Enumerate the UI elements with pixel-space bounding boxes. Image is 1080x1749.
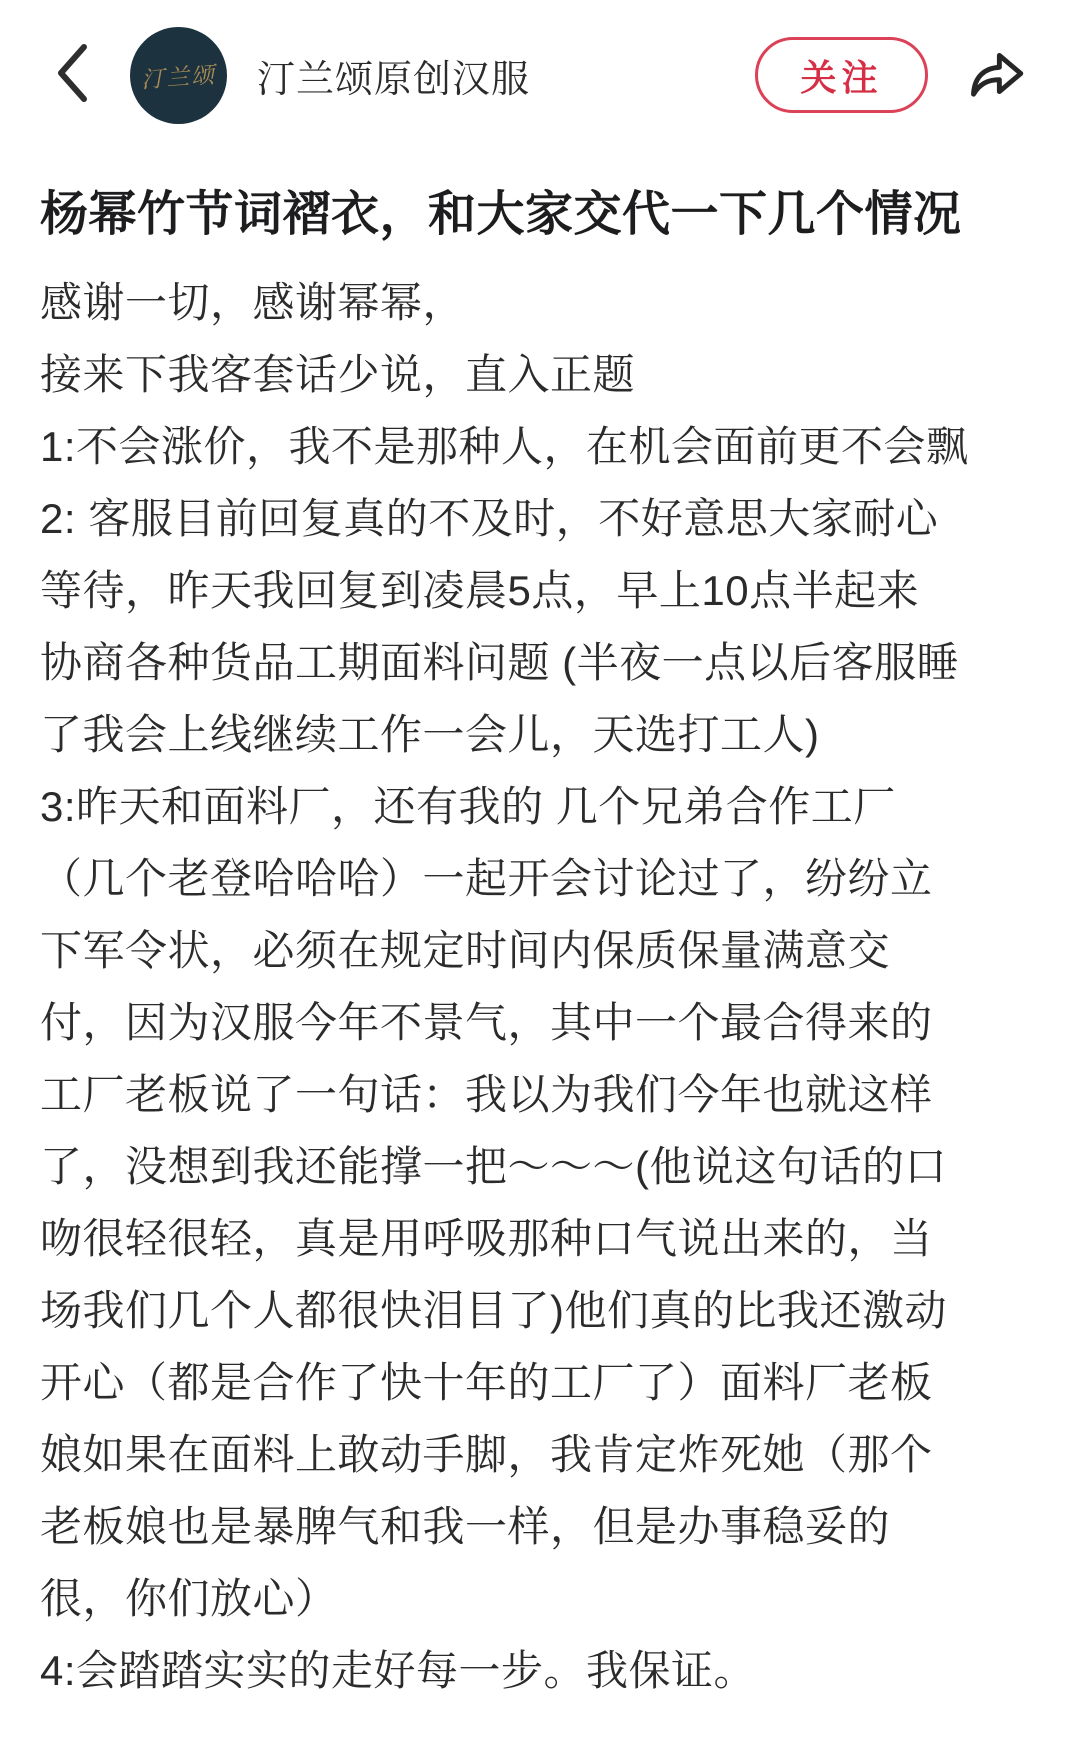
post-line: 付，因为汉服今年不景气，其中一个最合得来的: [40, 987, 1040, 1059]
post-line: 协商各种货品工期面料问题 (半夜一点以后客服睡: [40, 627, 1040, 699]
account-name[interactable]: 汀兰颂原创汉服: [257, 48, 530, 103]
post-line: （几个老登哈哈哈）一起开会讨论过了，纷纷立: [40, 843, 1040, 915]
post-line: 工厂老板说了一句话：我以为我们今年也就这样: [40, 1059, 1040, 1131]
chevron-left-icon: [55, 42, 89, 109]
post-line: 3:昨天和面料厂，还有我的 几个兄弟合作工厂: [40, 771, 1040, 843]
post-line: 了我会上线继续工作一会儿，天选打工人): [40, 699, 1040, 771]
post-line: 接来下我客套话少说，直入正题: [40, 339, 1040, 411]
post-line: 吻很轻很轻，真是用呼吸那种口气说出来的，当: [40, 1203, 1040, 1275]
post-line: 了，没想到我还能撑一把～～～(他说这句话的口: [40, 1131, 1040, 1203]
post-line: 4:会踏踏实实的走好每一步。我保证。: [40, 1635, 1040, 1707]
post-detail-screen: 汀兰颂 汀兰颂原创汉服 关注 杨幂竹节词褶衣，和大家交代一下几个情况 感谢一切，…: [0, 0, 1080, 1749]
share-arrow-icon: [965, 42, 1027, 109]
post-line: 1:不会涨价，我不是那种人，在机会面前更不会飘: [40, 411, 1040, 483]
share-button[interactable]: [965, 44, 1027, 106]
header-bar: 汀兰颂 汀兰颂原创汉服 关注: [0, 0, 1080, 150]
post-line: 老板娘也是暴脾气和我一样，但是办事稳妥的: [40, 1491, 1040, 1563]
post-line: 很，你们放心）: [40, 1563, 1040, 1635]
back-button[interactable]: [52, 40, 92, 110]
post-body: 感谢一切，感谢幂幂， 接来下我客套话少说，直入正题 1:不会涨价，我不是那种人，…: [40, 267, 1040, 1707]
post-line: 开心（都是合作了快十年的工厂了）面料厂老板: [40, 1347, 1040, 1419]
post-line: 感谢一切，感谢幂幂，: [40, 267, 1040, 339]
post-line: 娘如果在面料上敢动手脚，我肯定炸死她（那个: [40, 1419, 1040, 1491]
post-line: 等待，昨天我回复到凌晨5点，早上10点半起来: [40, 555, 1040, 627]
follow-button-label: 关注: [800, 50, 882, 101]
post-line: 场我们几个人都很快泪目了)他们真的比我还激动: [40, 1275, 1040, 1347]
post-line: 下军令状，必须在规定时间内保质保量满意交: [40, 915, 1040, 987]
avatar-calligraphy-text: 汀兰颂: [140, 56, 217, 94]
follow-button[interactable]: 关注: [755, 37, 928, 113]
post-title: 杨幂竹节词褶衣，和大家交代一下几个情况: [40, 183, 1040, 247]
post-line: 2: 客服目前回复真的不及时，不好意思大家耐心: [40, 483, 1040, 555]
avatar[interactable]: 汀兰颂: [130, 27, 227, 124]
